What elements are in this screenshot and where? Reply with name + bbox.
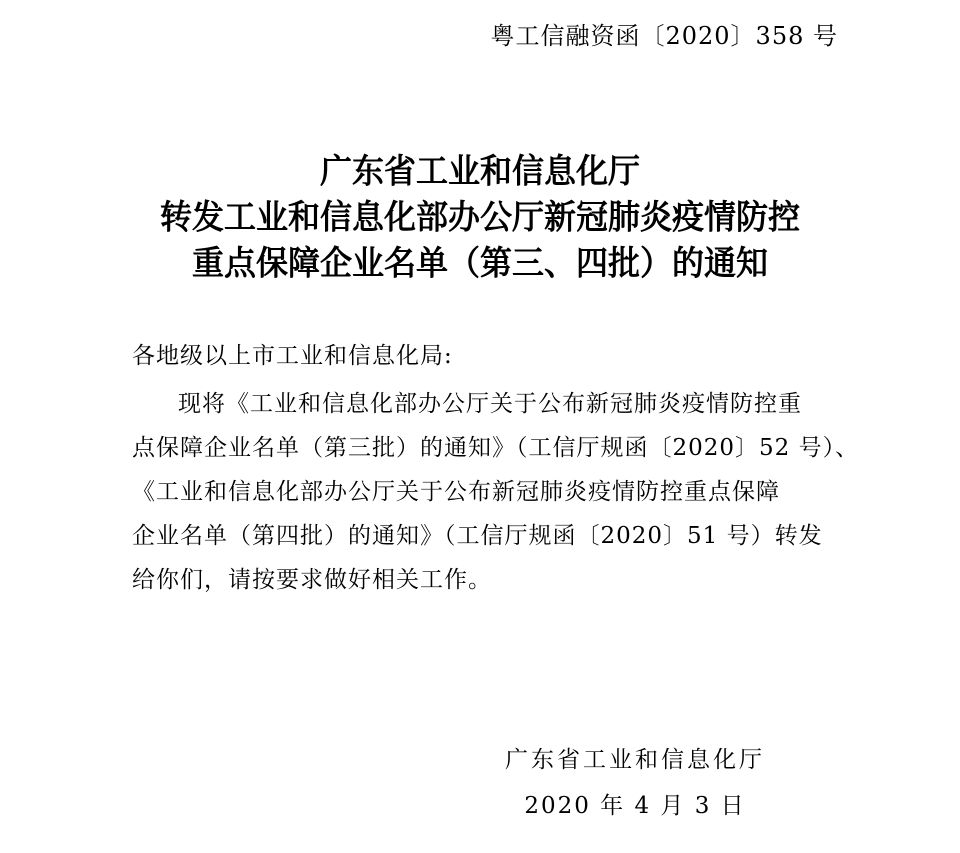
- body-line-1: 现将《工业和信息化部办公厅关于公布新冠肺炎疫情防控重: [132, 382, 840, 426]
- title-line-3: 重点保障企业名单（第三、四批）的通知: [0, 239, 960, 287]
- salutation: 各地级以上市工业和信息化局:: [132, 336, 453, 376]
- signature-block: 广东省工业和信息化厅 2020 年 4 月 3 日: [500, 740, 770, 826]
- title-line-2: 转发工业和信息化部办公厅新冠肺炎疫情防控: [0, 193, 960, 241]
- document-number: 粤工信融资函〔2020〕358 号: [490, 18, 838, 54]
- document-title: 广东省工业和信息化厅 转发工业和信息化部办公厅新冠肺炎疫情防控 重点保障企业名单…: [0, 148, 960, 286]
- body-line-5: 给你们，请按要求做好相关工作。: [132, 558, 840, 602]
- body-line-2: 点保障企业名单（第三批）的通知》（工信厅规函〔2020〕52 号）、: [132, 426, 840, 470]
- title-line-1: 广东省工业和信息化厅: [0, 147, 960, 195]
- signature-organization: 广东省工业和信息化厅: [500, 740, 770, 780]
- body-line-4: 企业名单（第四批）的通知》（工信厅规函〔2020〕51 号）转发: [132, 514, 840, 558]
- body-paragraph: 现将《工业和信息化部办公厅关于公布新冠肺炎疫情防控重 点保障企业名单（第三批）的…: [132, 382, 840, 602]
- signature-date: 2020 年 4 月 3 日: [500, 786, 770, 826]
- body-line-3: 《工业和信息化部办公厅关于公布新冠肺炎疫情防控重点保障: [132, 470, 840, 514]
